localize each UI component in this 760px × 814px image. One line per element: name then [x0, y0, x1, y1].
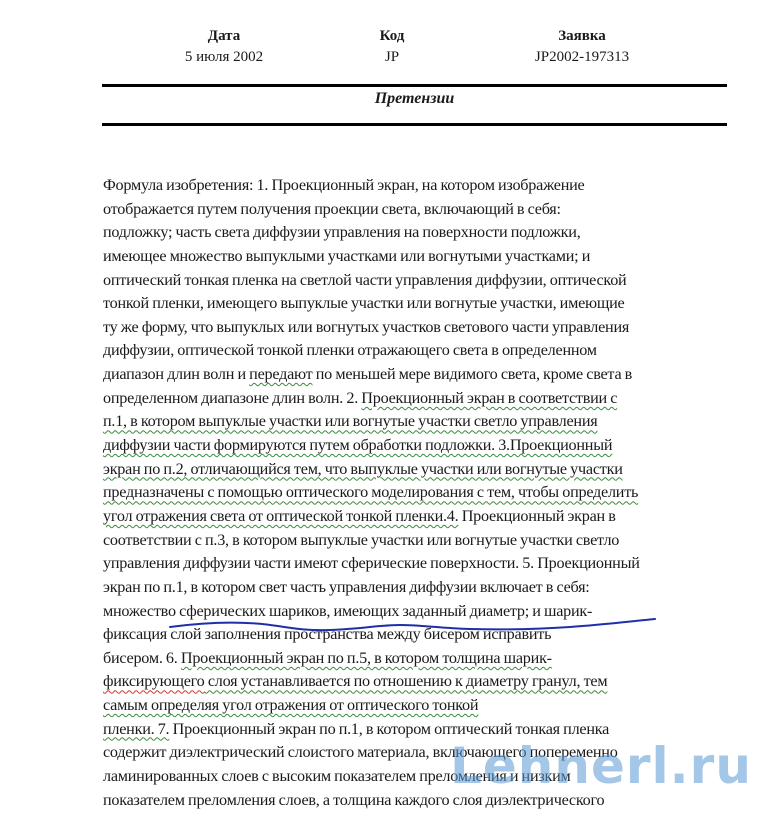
text-segment: Проекционный экран по п.1, в котором опт… — [169, 720, 609, 738]
claims-line: ту же форму, что выпуклых или вогнутых у… — [103, 316, 743, 340]
claims-line: предназначены с помощью оптического моде… — [103, 481, 743, 505]
section-title: Претензии — [102, 88, 727, 110]
grammar-squiggle-text: Проекционный экран в соответствии с — [361, 389, 617, 407]
claims-line: фиксация слой заполнения пространства ме… — [103, 623, 743, 647]
grammar-squiggle-text: диффузии части формируются путем обработ… — [103, 436, 495, 454]
grammar-squiggle-text: передают — [249, 365, 312, 383]
claims-line: экран по п.2, отличающийся тем, что выпу… — [103, 458, 743, 482]
text-segment: диффузии, оптической тонкой пленки отраж… — [103, 341, 597, 359]
header-column-application: Заявка JP2002-197313 — [472, 26, 692, 68]
header-label-code: Код — [282, 26, 502, 46]
text-segment: экран по п.1, в котором свет часть управ… — [103, 578, 590, 596]
claims-line: экран по п.1, в котором свет часть управ… — [103, 576, 743, 600]
claims-line: показателем преломления слоев, а толщина… — [103, 789, 743, 813]
text-segment: ламинированных слоев с высоким показател… — [103, 767, 571, 785]
claims-line: Формула изобретения: 1. Проекционный экр… — [103, 174, 743, 198]
grammar-squiggle-text: слоя устанавливается по отношению к диам… — [205, 672, 608, 690]
grammar-squiggle-text: предназначены с помощью оптического моде… — [103, 483, 638, 501]
claims-line: ламинированных слоев с высоким показател… — [103, 765, 743, 789]
text-segment: бисером. 6. — [103, 649, 181, 667]
grammar-squiggle-text: 3.Проекционный — [495, 436, 612, 454]
claims-line: самым определяя угол отражения от оптиче… — [103, 694, 743, 718]
header-label-application: Заявка — [472, 26, 692, 46]
claims-line: угол отражения света от оптической тонко… — [103, 505, 743, 529]
text-segment: оптический тонкая пленка на светлой част… — [103, 271, 626, 289]
top-rule — [102, 84, 727, 87]
grammar-squiggle-text: самым определяя угол отражения от оптиче… — [103, 696, 478, 714]
claims-line: диапазон длин волн и передают по меньшей… — [103, 363, 743, 387]
text-segment: содержит диэлектрический слоистого матер… — [103, 743, 618, 761]
claims-line: определенном диапазоне длин волн. 2. Про… — [103, 387, 743, 411]
claims-line: бисером. 6. Проекционный экран по п.5, в… — [103, 647, 743, 671]
header-value-application: JP2002-197313 — [472, 46, 692, 68]
header-column-code: Код JP — [282, 26, 502, 68]
claims-line: содержит диэлектрический слоистого матер… — [103, 741, 743, 765]
grammar-squiggle-text: угол отражения света от оптической тонко… — [103, 507, 458, 525]
grammar-squiggle-text: Проекционный экран по п.5, в котором тол… — [181, 649, 552, 667]
text-segment: определенном диапазоне длин волн. 2. — [103, 389, 361, 407]
text-segment: ту же форму, что выпуклых или вогнутых у… — [103, 318, 629, 336]
claims-line: оптический тонкая пленка на светлой част… — [103, 269, 743, 293]
bottom-rule — [102, 123, 727, 126]
text-segment: показателем преломления слоев, а толщина… — [103, 791, 604, 809]
claims-line: диффузии части формируются путем обработ… — [103, 434, 743, 458]
text-segment: имеющее множество выпуклыми участками ил… — [103, 247, 590, 265]
claims-line: соответствии с п.3, в котором выпуклые у… — [103, 529, 743, 553]
claims-text: Формула изобретения: 1. Проекционный экр… — [103, 174, 743, 812]
claims-line: фиксирующего слоя устанавливается по отн… — [103, 670, 743, 694]
text-segment: соответствии с п.3, в котором выпуклые у… — [103, 531, 619, 549]
claims-line: тонкой пленки, имеющего выпуклые участки… — [103, 292, 743, 316]
claims-line: пленки. 7. Проекционный экран по п.1, в … — [103, 718, 743, 742]
claims-line: управления диффузии части имеют сферичес… — [103, 552, 743, 576]
claims-line: подложку; часть света диффузии управлени… — [103, 221, 743, 245]
claims-line: п.1, в котором выпуклые участки или вогн… — [103, 410, 743, 434]
grammar-squiggle-text: экран по п.2, отличающийся тем, что выпу… — [103, 460, 623, 478]
grammar-squiggle-text: п.1, в котором выпуклые участки или вогн… — [103, 412, 597, 430]
text-segment: множество сферических шариков, имеющих з… — [103, 602, 592, 620]
text-segment: по меньшей мере видимого света, кроме св… — [312, 365, 632, 383]
text-segment: отображается путем получения проекции св… — [103, 200, 561, 218]
text-segment: тонкой пленки, имеющего выпуклые участки… — [103, 294, 624, 312]
text-segment: Проекционный экран в — [458, 507, 615, 525]
grammar-squiggle-text: пленки. 7. — [103, 720, 169, 738]
claims-line: имеющее множество выпуклыми участками ил… — [103, 245, 743, 269]
header-value-code: JP — [282, 46, 502, 68]
claims-line: диффузии, оптической тонкой пленки отраж… — [103, 339, 743, 363]
text-segment: подложку; часть света диффузии управлени… — [103, 223, 581, 241]
claims-line: отображается путем получения проекции св… — [103, 198, 743, 222]
claims-line: множество сферических шариков, имеющих з… — [103, 600, 743, 624]
text-segment: Формула изобретения: 1. Проекционный экр… — [103, 176, 584, 194]
spelling-squiggle-text: фиксирующего — [103, 672, 205, 690]
text-segment: управления диффузии части имеют сферичес… — [103, 554, 640, 572]
text-segment: диапазон длин волн и — [103, 365, 249, 383]
text-segment: фиксация слой заполнения пространства ме… — [103, 625, 551, 643]
